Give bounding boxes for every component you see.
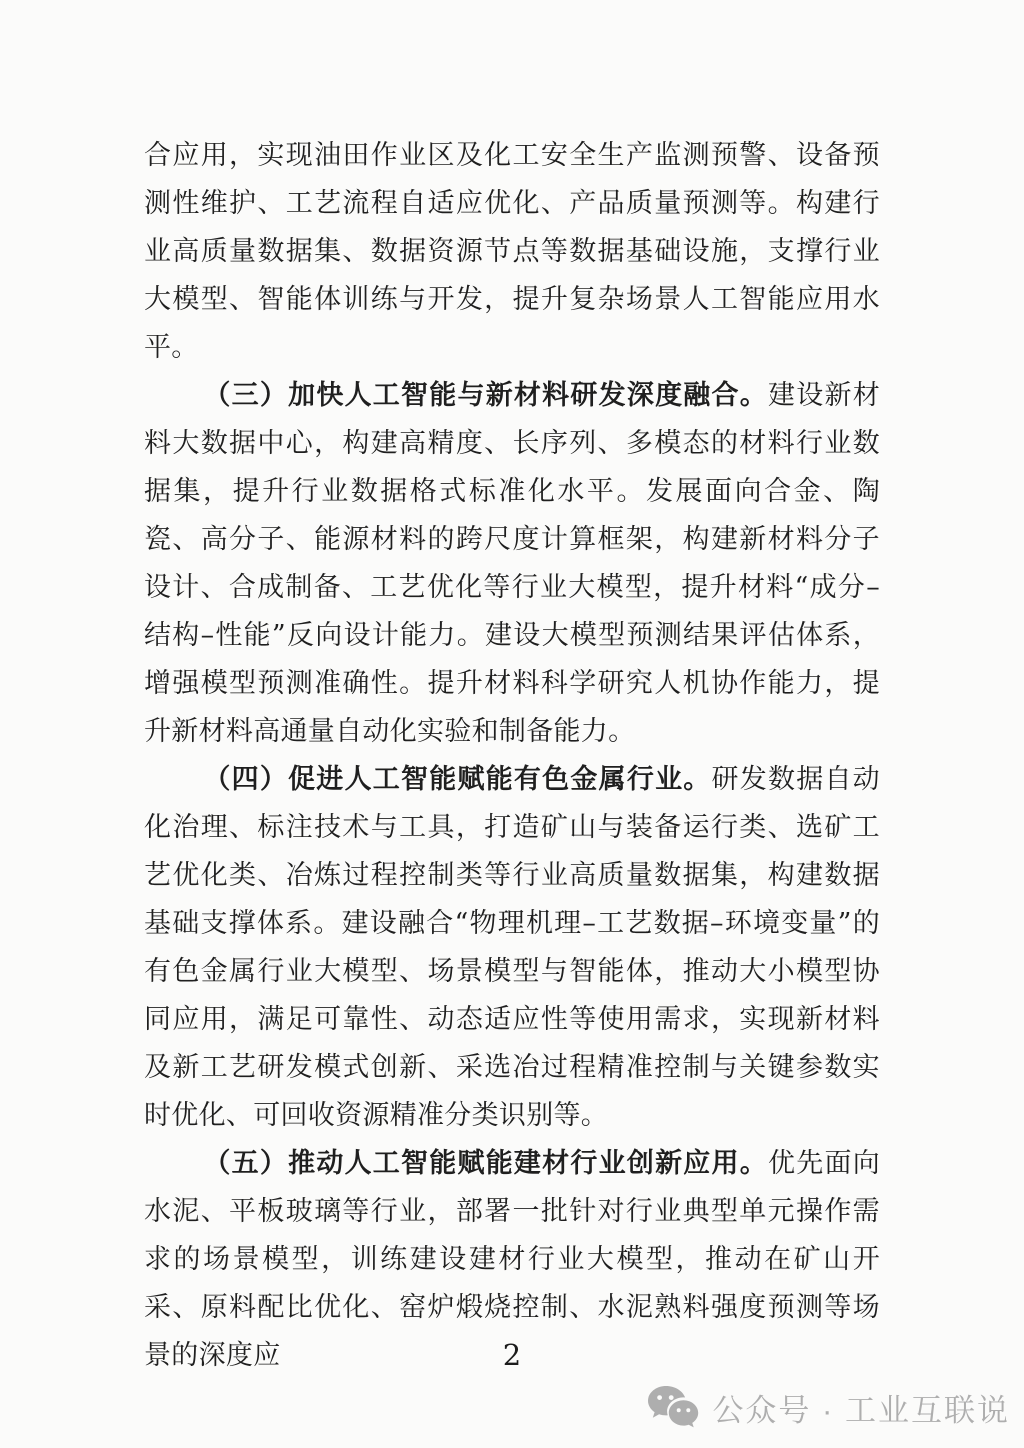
- document-page: 合应用，实现油田作业区及化工安全生产监测预警、设备预测性维护、工艺流程自适应优化…: [0, 0, 1024, 1448]
- paragraph: 合应用，实现油田作业区及化工安全生产监测预警、设备预测性维护、工艺流程自适应优化…: [144, 132, 880, 372]
- paragraph-lead: （三）加快人工智能与新材料研发深度融合。: [203, 380, 768, 411]
- paragraph: （三）加快人工智能与新材料研发深度融合。建设新材料大数据中心，构建高精度、长序列…: [144, 372, 880, 756]
- watermark: 公众号 · 工业互联说: [646, 1384, 1010, 1430]
- paragraph-lead: （四）促进人工智能赋能有色金属行业。: [203, 764, 711, 795]
- paragraph-text: 合应用，实现油田作业区及化工安全生产监测预警、设备预测性维护、工艺流程自适应优化…: [144, 140, 880, 363]
- watermark-label: 公众号 · 工业互联说: [712, 1385, 1010, 1430]
- paragraph-lead: （五）推动人工智能赋能建材行业创新应用。: [203, 1148, 768, 1179]
- page-number: 2: [0, 1338, 1024, 1372]
- body-text: 合应用，实现油田作业区及化工安全生产监测预警、设备预测性维护、工艺流程自适应优化…: [144, 132, 880, 1380]
- paragraph-text: 研发数据自动化治理、标注技术与工具，打造矿山与装备运行类、选矿工艺优化类、冶炼过…: [144, 764, 880, 1131]
- paragraph: （四）促进人工智能赋能有色金属行业。研发数据自动化治理、标注技术与工具，打造矿山…: [144, 756, 880, 1140]
- paragraph-text: 建设新材料大数据中心，构建高精度、长序列、多模态的材料行业数据集，提升行业数据格…: [144, 380, 880, 747]
- wechat-icon: [646, 1384, 700, 1430]
